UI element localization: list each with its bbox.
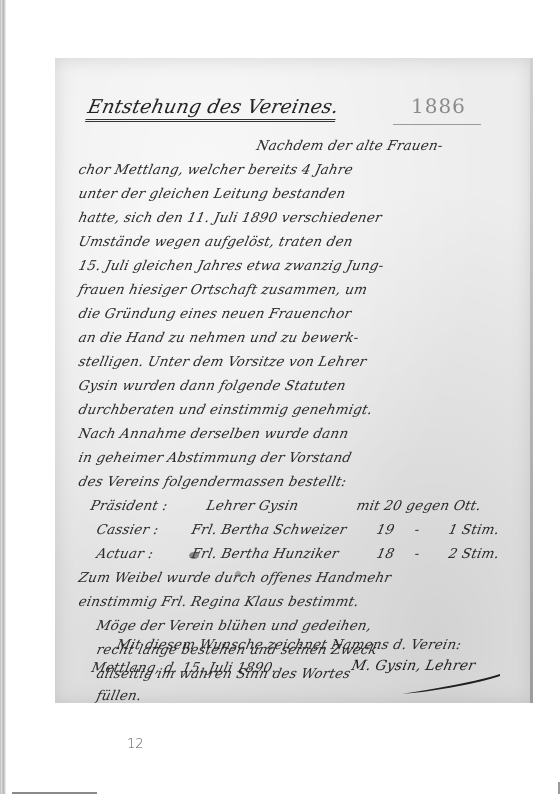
officer-sep: - [413, 546, 421, 562]
officer-votes: 19 [375, 522, 396, 538]
closing-line: Möge der Verein blühen und gedeihen, [95, 618, 373, 634]
officer-against: 1 Stim. [447, 522, 501, 538]
margin-note-underline [393, 124, 481, 125]
body-line: in geheimer Abstimmung der Vorstand [77, 450, 353, 466]
body-line: stelligen. Unter dem Vorsitze von Lehrer [77, 354, 368, 370]
officer-against: 2 Stim. [447, 546, 501, 562]
body-line: durchberaten und einstimmig genehmigt. [77, 402, 374, 418]
body-line: Nachdem der alte Frauen- [255, 138, 444, 154]
body-line: des Vereins folgendermassen bestellt: [77, 474, 348, 490]
document-title: Entstehung des Vereines. [85, 96, 341, 122]
body-line: frauen hiesiger Ortschaft zusammen, um [77, 282, 369, 298]
officer-role: Actuar : [95, 546, 155, 562]
officer-votes: mit 20 gegen Ott. [355, 498, 483, 514]
margin-note-year: 1886 [411, 94, 466, 118]
officer-name: Lehrer Gysin [205, 498, 300, 514]
ink-smudge [189, 552, 199, 559]
body-line: Nach Annahme derselben wurde dann [77, 426, 350, 442]
closing-line: einstimmig Frl. Regina Klaus bestimmt. [77, 594, 360, 610]
officer-role: Präsident : [89, 498, 169, 514]
place-date: Mettlang, d. 15. Juli 1890. [90, 660, 278, 676]
officer-name: Frl. Bertha Hunziker [190, 546, 340, 562]
closing-line: füllen. [95, 688, 143, 704]
body-line: chor Mettlang, welcher bereits 4 Jahre [77, 162, 354, 178]
body-line: die Gründung eines neuen Frauenchor [77, 306, 353, 322]
body-line: an die Hand zu nehmen und zu bewerk- [77, 330, 360, 346]
body-line: 15. Juli gleichen Jahres etwa zwanzig Ju… [77, 258, 385, 274]
body-line: Umstände wegen aufgelöst, traten den [77, 234, 354, 250]
scan-binding-edge [0, 0, 6, 794]
officer-votes: 18 [375, 546, 396, 562]
page-number: 12 [127, 737, 144, 752]
body-line: Gysin wurden dann folgende Statuten [77, 378, 347, 394]
closing-line: Mit diesem Wunsche zeichnet Namens d. Ve… [115, 637, 463, 653]
ink-smudge [235, 571, 241, 577]
signature-flourish [392, 672, 502, 696]
body-line: hatte, sich den 11. Juli 1890 verschiede… [77, 210, 383, 226]
body-line: unter der gleichen Leitung bestanden [77, 186, 347, 202]
handwritten-document-sheet: Entstehung des Vereines. 1886 Nachdem de… [55, 58, 531, 703]
officer-role: Cassier : [95, 522, 160, 538]
officer-name: Frl. Bertha Schweizer [190, 522, 348, 538]
officer-sep: - [413, 522, 421, 538]
